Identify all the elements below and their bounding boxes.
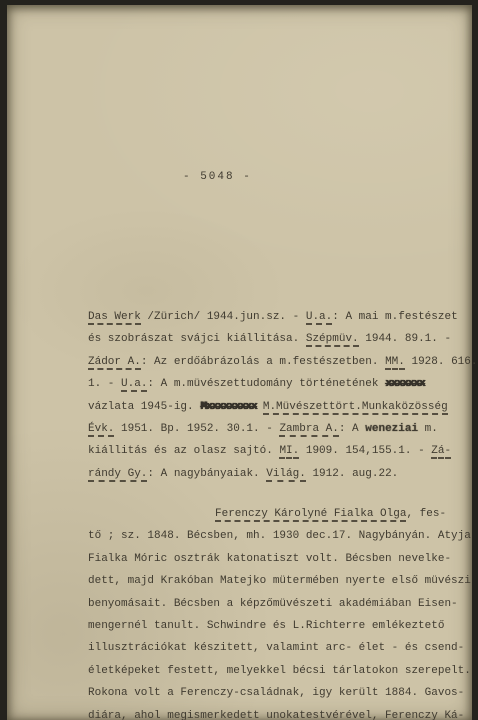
text-segment: : A mai m.festészet (332, 311, 457, 323)
biography-paragraph: Ferenczy Károlyné Fialka Olga, fes-tő ; … (88, 503, 471, 720)
text-segment: : Az erdőábrázolás a m.festészetben. (141, 356, 385, 368)
text-segment: 1912. aug.22. (306, 468, 398, 480)
text-segment: : A (339, 423, 365, 435)
struck-out-text: xxxxxxx (385, 378, 424, 390)
text-line: Évk. 1951. Bp. 1952. 30.1. - Zambra A.: … (88, 418, 478, 440)
underlined-text: MI. (279, 445, 299, 459)
text-line: Fialka Móric osztrák katonatiszt volt. B… (88, 548, 471, 570)
text-line: Zádor A.: Az erdőábrázolás a m.festészet… (88, 351, 478, 373)
text-line: dett, majd Krakóban Matejko mütermében n… (88, 570, 471, 592)
text-segment: dett, majd Krakóban Matejko mütermében n… (88, 575, 471, 587)
text-segment: benyomásait. Bécsben a képzőmüvészeti ak… (88, 598, 458, 610)
text-segment: mengernél tanult. Schwindre és L.Richter… (88, 620, 444, 632)
text-line: 1. - U.a.: A m.müvészettudomány történet… (88, 373, 478, 395)
struck-out-text: Mxxxxxxxxx (200, 401, 256, 413)
text-line: benyomásait. Bécsben a képzőmüvészeti ak… (88, 593, 471, 615)
text-line: Ferenczy Károlyné Fialka Olga, fes- (88, 503, 471, 525)
text-line: kiállitás és az olasz sajtó. MI. 1909. 1… (88, 440, 478, 462)
text-segment: és szobrászat svájci kiállitása. (88, 333, 306, 345)
underlined-text: Évk. (88, 423, 114, 437)
underlined-text: Zádor A. (88, 356, 141, 370)
text-segment: 1. - (88, 378, 121, 390)
text-segment: illusztrációkat készitett, valamint arc-… (88, 642, 464, 654)
text-line: életképeket festett, melyekkel bécsi tár… (88, 660, 471, 682)
underlined-text: Zá- (431, 445, 451, 459)
text-line: rándy Gy.: A nagybányaiak. Világ. 1912. … (88, 463, 478, 485)
underlined-text: U.a. (121, 378, 147, 392)
scanned-page: { "colors": { "paper": "#cdc3a7", "ink":… (0, 0, 478, 720)
text-segment: /Zürich/ 1944.jun.sz. - (141, 311, 306, 323)
text-line: vázlata 1945-ig. Mxxxxxxxxx M.Müvészettö… (88, 396, 478, 418)
underlined-text: U.a. (306, 311, 332, 325)
text-segment: tő ; sz. 1848. Bécsben, mh. 1930 dec.17.… (88, 530, 471, 542)
underlined-text: M.Müvészettört.Munkaközösség (263, 401, 448, 415)
text-segment: kiállitás és az olasz sajtó. (88, 445, 279, 457)
text-segment: : A m.müvészettudomány történetének (147, 378, 385, 390)
text-segment: : A nagybányaiak. (147, 468, 266, 480)
text-segment: vázlata 1945-ig. (88, 401, 200, 413)
underlined-text: Szépmüv. (306, 333, 359, 347)
text-line: Das Werk /Zürich/ 1944.jun.sz. - U.a.: A… (88, 306, 478, 328)
text-segment: m. (418, 423, 438, 435)
underlined-text: Zambra A. (279, 423, 338, 437)
bibliography-paragraph: Das Werk /Zürich/ 1944.jun.sz. - U.a.: A… (88, 306, 478, 485)
underlined-text: Ferenczy Károlyné Fialka Olga (215, 508, 406, 522)
text-segment: 1909. 154,155.1. - (299, 445, 431, 457)
text-segment: 1944. 89.1. - (359, 333, 451, 345)
text-segment (256, 401, 263, 413)
underlined-text: MM. (385, 356, 405, 370)
text-segment: 1928. 616. (405, 356, 478, 368)
underlined-text: rándy Gy. (88, 468, 147, 482)
text-line: mengernél tanult. Schwindre és L.Richter… (88, 615, 471, 637)
text-line: diára, ahol megismerkedett unokatestvéré… (88, 705, 471, 720)
text-line: tő ; sz. 1848. Bécsben, mh. 1930 dec.17.… (88, 525, 471, 547)
text-segment: , fes- (406, 508, 446, 520)
text-segment: 1951. Bp. 1952. 30.1. - (114, 423, 279, 435)
underlined-text: Das Werk (88, 311, 141, 325)
text-line: illusztrációkat készitett, valamint arc-… (88, 637, 471, 659)
underlined-text: Világ. (266, 468, 306, 482)
page-number: - 5048 - (183, 171, 252, 183)
text-segment: diára, ahol megismerkedett unokatestvéré… (88, 710, 464, 720)
text-line: Rokona volt a Ferenczy-családnak, igy ke… (88, 682, 471, 704)
text-segment: Rokona volt a Ferenczy-családnak, igy ke… (88, 687, 464, 699)
text-segment: weneziai (365, 423, 418, 435)
text-segment: Fialka Móric osztrák katonatiszt volt. B… (88, 553, 451, 565)
text-line: és szobrászat svájci kiállitása. Szépmüv… (88, 328, 478, 350)
text-segment: életképeket festett, melyekkel bécsi tár… (88, 665, 471, 677)
